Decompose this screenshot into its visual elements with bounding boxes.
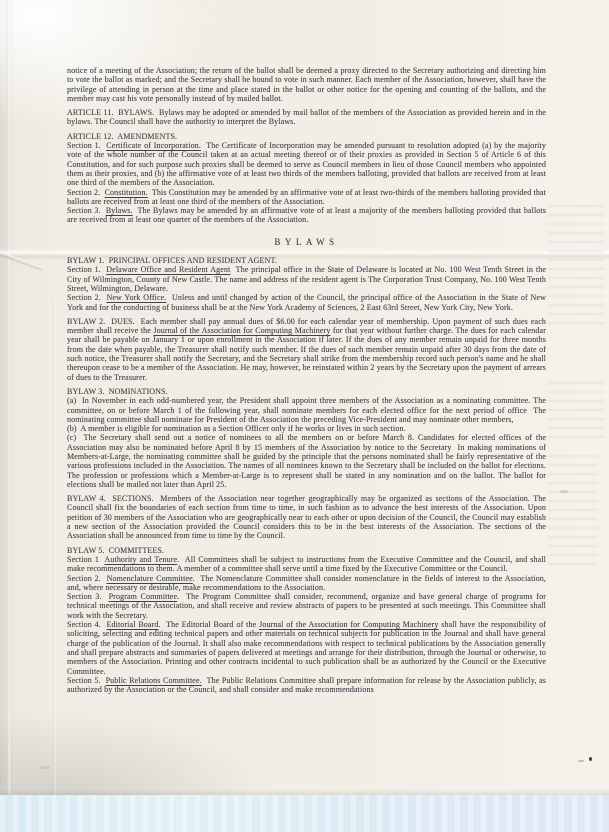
- heading-bylaw-1: BYLAW 1. PRINCIPAL OFFICES AND RESIDENT …: [67, 256, 546, 265]
- paragraph-bylaw5-section3: Section 3. Program Committee. The Progra…: [67, 592, 546, 620]
- smudge-mark: [560, 490, 568, 493]
- paragraph-article-11-bylaws: ARTICLE 11. BYLAWS. Bylaws may be adopte…: [67, 108, 546, 127]
- paragraph-bylaw5-section4: Section 4. Editorial Board. The Editoria…: [67, 620, 546, 676]
- paragraph-bylaw3-item-a: (a) In November in each odd-numbered yea…: [67, 396, 546, 424]
- text-run: Section 1.: [67, 265, 106, 274]
- paragraph-bylaw5-section1: Section 1 Authority and Tenure. All Comm…: [67, 555, 546, 574]
- underlined-term: Editorial Board: [106, 620, 158, 629]
- text-run: BYLAW 1. PRINCIPAL OFFICES AND RESIDENT …: [67, 256, 277, 265]
- heading-bylaw-3: BYLAW 3. NOMINATIONS.: [67, 387, 546, 396]
- scanned-document-page: notice of a meeting of the Association; …: [0, 0, 609, 832]
- text-run: . The Editorial Board of the: [159, 620, 260, 629]
- scanner-bed-background: [0, 795, 609, 832]
- bleed-through-artifact: [500, 600, 545, 638]
- heading-bylaw-5: BYLAW 5. COMMITTEES.: [67, 546, 546, 555]
- ink-speck: [578, 760, 584, 762]
- text-run: shall have the responsibility of solicit…: [67, 620, 546, 675]
- text-run: ARTICLE 12. AMENDMENTS.: [67, 132, 177, 141]
- paragraph-bylaw3-item-b: (b) A member is eligible for nomination …: [67, 424, 546, 433]
- underlined-term: Public Relations Committee.: [106, 676, 202, 685]
- text-run: (b) A member is eligible for nomination …: [67, 424, 406, 433]
- text-run: ARTICLE 11. BYLAWS. Bylaws may be adopte…: [67, 108, 546, 126]
- paragraph-bylaw2-dues: BYLAW 2. DUES. Each member shall pay ann…: [67, 317, 546, 382]
- bleed-through-artifact: [548, 455, 598, 570]
- underlined-term: Bylaws.: [106, 206, 133, 215]
- text-run: BYLAW 5. COMMITTEES.: [67, 546, 164, 555]
- underlined-term: Journal of the Association for Computing…: [259, 620, 438, 629]
- bleed-through-artifact: [548, 382, 604, 442]
- text-run: Section 3.: [67, 592, 109, 601]
- underlined-term: New York Office.: [106, 293, 166, 302]
- text-run: BYLAW 3. NOMINATIONS.: [67, 387, 168, 396]
- fold-crease-vertical-faint: [52, 300, 56, 795]
- ink-speck: [589, 757, 592, 761]
- underlined-term: Delaware Office and Resident Agent: [106, 265, 230, 274]
- underlined-term: Certificate of Incorporation.: [106, 141, 201, 150]
- text-run: Section 2.: [67, 574, 107, 583]
- underlined-term: Constitution.: [105, 188, 148, 197]
- document-text: notice of a meeting of the Association; …: [67, 66, 546, 694]
- heading-bylaws: BYLAWS: [67, 238, 546, 247]
- smudge-mark: [40, 766, 50, 769]
- underlined-term: Nomenclature Committee: [107, 574, 193, 583]
- underlined-term: Journal of the Association for Computing…: [153, 326, 330, 335]
- bleed-through-artifact: [548, 205, 604, 330]
- text-run: Section 1: [67, 555, 104, 564]
- text-run: notice of a meeting of the Association; …: [67, 66, 546, 103]
- paragraph-bylaw5-section5: Section 5. Public Relations Committee. T…: [67, 676, 546, 695]
- paragraph-bylaw1-section2: Section 2. New York Office. Unless and u…: [67, 293, 546, 312]
- text-run: Section 2.: [67, 188, 105, 197]
- underlined-term: Program Committee: [109, 592, 178, 601]
- fold-crease-vertical-left: [6, 0, 12, 795]
- paragraph-article12-section1: Section 1. Certificate of Incorporation.…: [67, 141, 546, 187]
- text-run: Section 2.: [67, 293, 106, 302]
- text-run: Section 5.: [67, 676, 106, 685]
- text-run: (c) The Secretary shall send out a notic…: [67, 433, 546, 488]
- paragraph-bylaw1-section1: Section 1. Delaware Office and Resident …: [67, 265, 546, 293]
- text-run: for that year without further charge. Th…: [67, 326, 546, 381]
- text-run: Section 1.: [67, 141, 106, 150]
- heading-article-12-amendments: ARTICLE 12. AMENDMENTS.: [67, 132, 546, 141]
- text-run: The Bylaws may be amended by an affirmat…: [67, 206, 546, 224]
- text-run: (a) In November in each odd-numbered yea…: [67, 396, 546, 424]
- text-run: Section 4.: [67, 620, 106, 629]
- paragraph-bylaw5-section2: Section 2. Nomenclature Committee. The N…: [67, 574, 546, 593]
- paragraph-article12-section2: Section 2. Constitution. This Constituti…: [67, 188, 546, 207]
- text-run: Section 3.: [67, 206, 106, 215]
- paragraph-bylaw3-item-c: (c) The Secretary shall send out a notic…: [67, 433, 546, 489]
- text-run: BYLAWS: [274, 237, 338, 247]
- paragraph-article12-section3: Section 3. Bylaws. The Bylaws may be ame…: [67, 206, 546, 225]
- underlined-term: Authority and Tenure: [104, 555, 177, 564]
- text-run: BYLAW 4. SECTIONS. Members of the Associ…: [67, 494, 546, 540]
- paragraph-ballot-voting-continuation: notice of a meeting of the Association; …: [67, 66, 546, 103]
- paragraph-bylaw4-sections: BYLAW 4. SECTIONS. Members of the Associ…: [67, 494, 546, 540]
